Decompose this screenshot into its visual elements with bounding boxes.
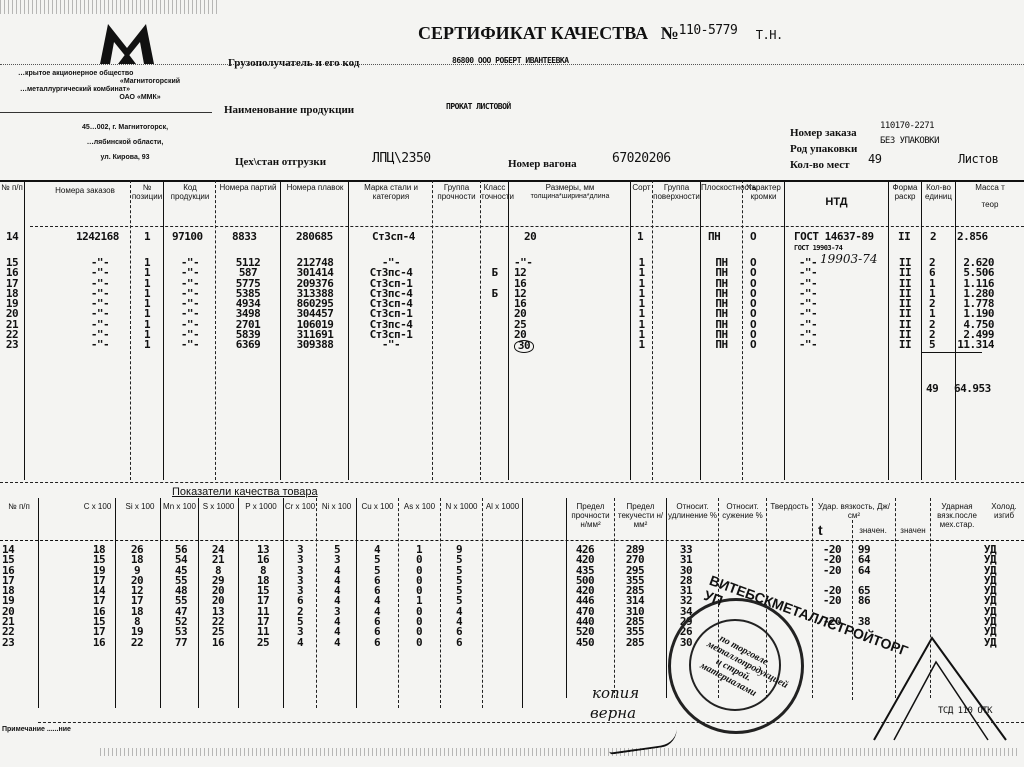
col-grade: Марка стали и категория bbox=[350, 183, 432, 201]
t2-data-s: 2421829202013222516 bbox=[203, 545, 233, 648]
t2-col-mn: Mn x 100 bbox=[161, 502, 198, 511]
col-surface: Группа поверхности bbox=[653, 183, 700, 201]
t2-col-cr: Cr x 100 bbox=[284, 502, 316, 511]
t1-col-lots: 51125875775538549343498270158396369 bbox=[216, 258, 280, 351]
t1-col-sort: 111111111 bbox=[631, 258, 652, 351]
shop-label: Цех\стан отгрузки bbox=[235, 156, 326, 168]
t2-data-as: 1000010000 bbox=[404, 545, 434, 648]
t2-data-p: 1316818151711171125 bbox=[248, 545, 278, 648]
total-mass: 64.953 bbox=[954, 382, 991, 395]
product-value: ПРОКАТ ЛИСТОВОЙ bbox=[446, 102, 511, 111]
col-heats: Номера плавок bbox=[282, 183, 348, 192]
places-unit: Листов bbox=[958, 152, 998, 166]
col-strength-group: Группа прочности bbox=[433, 183, 480, 201]
t2-data-yield: 289270295355285314310285355285 bbox=[620, 545, 650, 648]
t1-col-accuracy: ББ bbox=[481, 258, 508, 351]
t2-data-mn: 56544555485547525377 bbox=[166, 545, 196, 648]
col-lots: Номера партий bbox=[216, 183, 280, 192]
t1-col-heats: 2127483014142093763133888602953044571060… bbox=[282, 258, 348, 351]
places-value: 49 bbox=[868, 152, 881, 166]
t1-col-cut-form: IIIIIIIIIIIIIIIIII bbox=[889, 258, 921, 351]
handwritten-copy: копия bbox=[592, 684, 639, 702]
t2-col-tensile: Предел прочности н/мм² bbox=[567, 502, 614, 529]
quality-title: Показатели качества товара bbox=[172, 486, 318, 498]
t2-col-si: Si x 100 bbox=[120, 502, 160, 511]
t2-col-hardness: Твердость bbox=[767, 502, 812, 511]
t1-col-orders: -"--"--"--"--"--"--"--"--"- bbox=[80, 258, 120, 351]
col-accuracy: Класс точности bbox=[481, 183, 508, 201]
t1-col-code: -"--"--"--"--"--"--"--"--"- bbox=[165, 258, 215, 351]
t2-col-yield: Предел текучести н/мм² bbox=[615, 502, 666, 529]
consignee-value: 86800 ООО РОБЕРТ ИВАНТЕЕВКА bbox=[452, 56, 569, 65]
col-num: № п/п bbox=[0, 183, 24, 192]
t1-col-num: 151617181920212223 bbox=[0, 258, 24, 351]
col-dimensions: Размеры, ммтолщина*ширина*длина bbox=[510, 183, 630, 201]
t2-data-ni: 5344443444 bbox=[322, 545, 352, 648]
t2-data-tensile: 426420435500420446470440520450 bbox=[570, 545, 600, 648]
t2-col-al: Al x 1000 bbox=[483, 502, 522, 511]
round-stamp: ВИТЕБСКМЕТАЛЛСТРОЙТОРГ УП по торговле ме… bbox=[668, 598, 804, 734]
mmk-logo bbox=[98, 22, 156, 66]
t1-col-ntd: -"--"--"--"--"--"--"--"--"- bbox=[796, 258, 820, 351]
wagon-label: Номер вагона bbox=[508, 158, 577, 170]
handwritten-verified: верна bbox=[590, 704, 636, 722]
t2-data-num: 14151617181920212223 bbox=[2, 545, 32, 648]
col-edge: Характер кромки bbox=[743, 183, 784, 201]
t2-col-c: C x 100 bbox=[80, 502, 115, 511]
document-title: СЕРТИФИКАТ КАЧЕСТВА №110-5779 Т.Н. bbox=[418, 23, 783, 44]
ntd-handwritten: 19903-74 bbox=[820, 252, 878, 266]
t2-data-n: 9555554466 bbox=[444, 545, 474, 648]
t2-data-c: 18151917141716151716 bbox=[86, 545, 112, 648]
col-mass: Масса ттеор bbox=[956, 183, 1024, 209]
t2-col-s: S x 1000 bbox=[199, 502, 238, 511]
certificate-number: 110-5779 bbox=[679, 23, 738, 38]
col-flatness: Плоскостность bbox=[701, 183, 742, 192]
t2-col-bend: Холод. изгиб bbox=[984, 502, 1024, 520]
t2-col-num: № п/п bbox=[0, 502, 38, 511]
t2-col-impact-value2: значен bbox=[896, 526, 930, 535]
t2-col-ni: Ni x 100 bbox=[317, 502, 356, 511]
col-sort: Сорт bbox=[631, 183, 652, 192]
col-product-code: Код продукции bbox=[165, 183, 215, 201]
t2-col-cu: Cu x 100 bbox=[357, 502, 398, 511]
t2-col-as: As x 100 bbox=[399, 502, 440, 511]
col-orders: Номера заказов bbox=[40, 186, 130, 195]
total-count: 49 bbox=[926, 382, 938, 395]
order-info-values: 110170-2271 БЕЗ УПАКОВКИ bbox=[880, 119, 939, 149]
col-cut-form: Форма раскр bbox=[889, 183, 921, 201]
t2-col-impact-t: t bbox=[818, 522, 823, 538]
t2-col-impact: Удар. вязкость, Дж/см² bbox=[813, 502, 895, 520]
address-block: 45…002, г. Магнитогорск, …лябинской обла… bbox=[30, 120, 220, 165]
t2-col-elongation: Относит. удлинение % bbox=[667, 502, 718, 520]
order-info-labels: Номер заказа Род упаковки Кол-во мест bbox=[790, 125, 857, 173]
t2-data-si: 261892012171881922 bbox=[122, 545, 152, 648]
consignee-label: Грузополучатель и его код bbox=[228, 57, 359, 69]
t1-col-edge: ООООООООО bbox=[743, 258, 763, 351]
t2-data-cu: 4556644666 bbox=[362, 545, 392, 648]
t2-data-cr: 3333362534 bbox=[288, 545, 312, 648]
col-ntd: НТД bbox=[785, 198, 888, 207]
t2-col-impact-value: значен. bbox=[853, 526, 893, 535]
col-position: № позиции bbox=[131, 183, 163, 201]
t2-col-narrowing: Относит. сужение % bbox=[719, 502, 766, 520]
t1-col-grade: -"-Ст3пс-4Ст3сп-1Ст3пс-4Ст3сп-4Ст3сп-1Ст… bbox=[350, 258, 432, 351]
company-block: …крытое акционерное общество «Магнитогор… bbox=[10, 70, 210, 102]
t1-col-position: 111111111 bbox=[131, 258, 163, 351]
footer-note: Примечание ......ние bbox=[2, 726, 71, 734]
t1-col-flatness: ПНПНПНПНПНПНПНПНПН bbox=[701, 258, 742, 351]
triangle-stamp: ТСД 110 ОТК bbox=[866, 628, 1016, 748]
t1-col-mass: 2.6205.5061.1161.2801.7781.1904.7502.499… bbox=[944, 258, 994, 351]
t2-col-n: N x 1000 bbox=[441, 502, 482, 511]
t1-col-thickness: -"-1216121620252030 bbox=[514, 258, 544, 353]
t1-col-count: 261121225 bbox=[922, 258, 942, 351]
ntd-extra: ГОСТ 19903-74 bbox=[794, 244, 842, 252]
wagon-value: 67020206 bbox=[612, 151, 671, 166]
t2-col-p: P x 1000 bbox=[239, 502, 283, 511]
shop-value: ЛПЦ\2350 bbox=[372, 151, 431, 166]
t2-col-impact-aged: Ударная вязк.после мех.стар. bbox=[931, 502, 983, 529]
col-count: Кол-во единиц bbox=[922, 183, 955, 201]
product-label: Наименование продукции bbox=[224, 104, 354, 116]
